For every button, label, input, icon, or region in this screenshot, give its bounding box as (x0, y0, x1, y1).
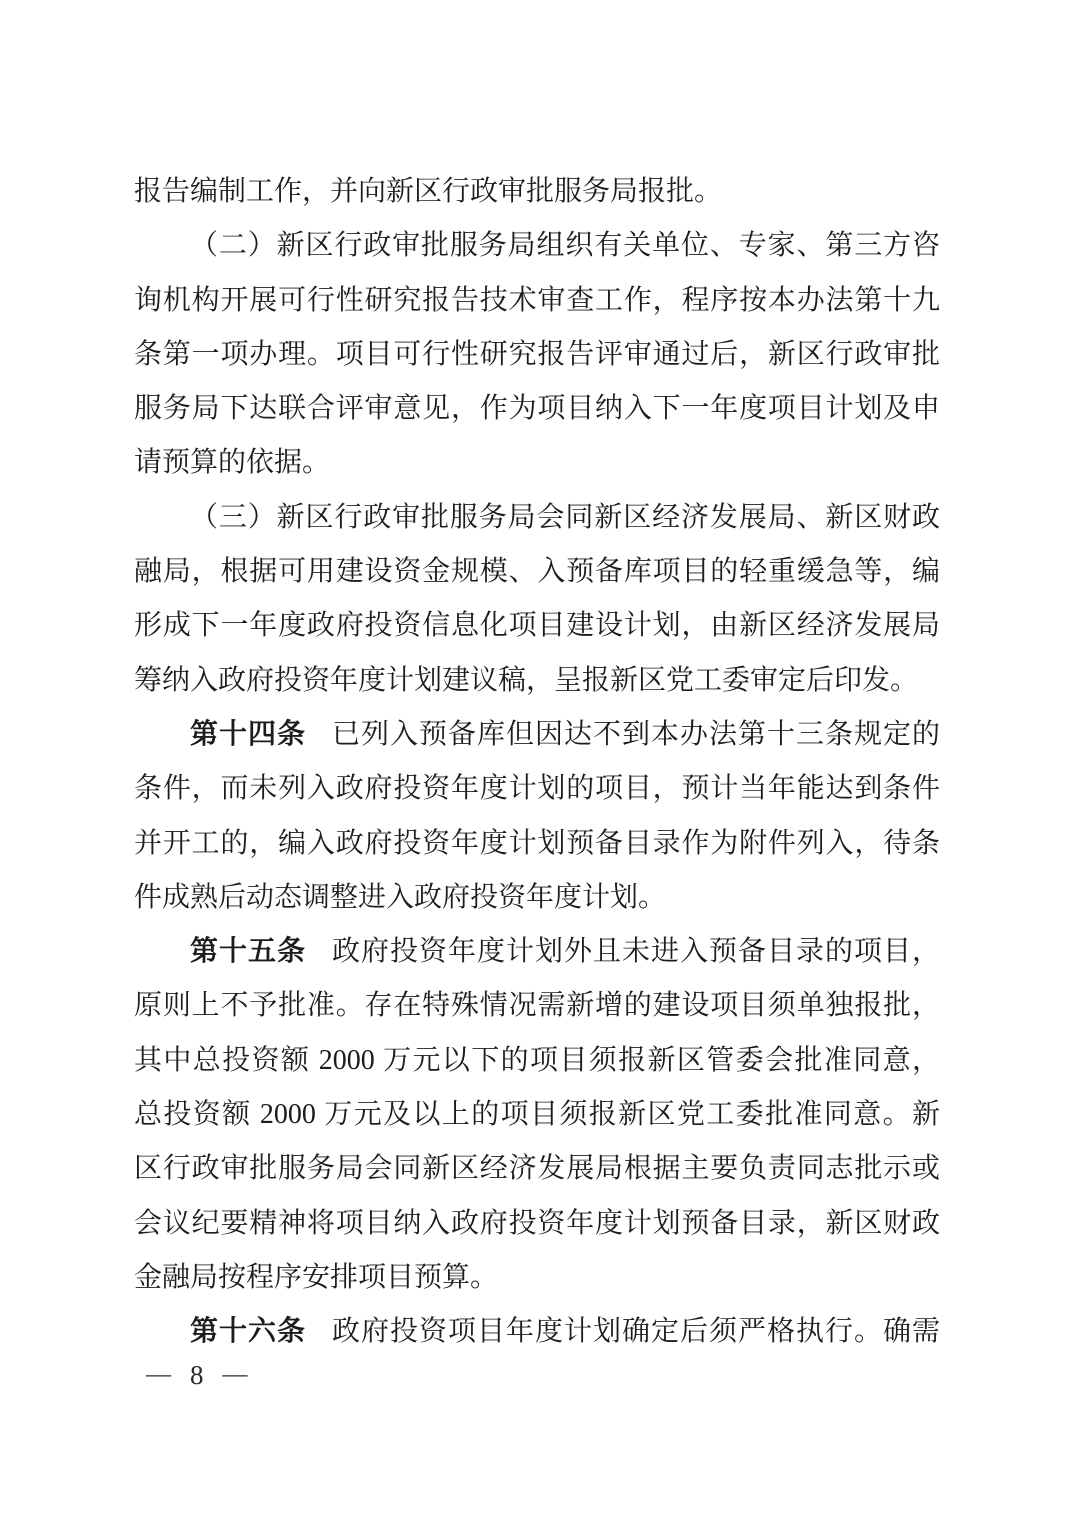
document-line: 总投资额 2000 万元及以上的项目须报新区党工委批准同意。新 (134, 1088, 940, 1142)
footer-dash-left: — (146, 1361, 171, 1389)
footer-dash-right: — (223, 1361, 248, 1389)
line-text: 服务局下达联合评审意见，作为项目纳入下一年度项目计划及申 (134, 393, 940, 424)
document-line: （三）新区行政审批服务局会同新区经济发展局、新区财政金 (134, 491, 940, 545)
document-line: 其中总投资额 2000 万元以下的项目须报新区管委会批准同意， (134, 1034, 940, 1088)
document-line: 形成下一年度政府投资信息化项目建设计划，由新区经济发展局统 (134, 599, 940, 653)
document-line: 第十四条已列入预备库但因达不到本办法第十三条规定的 (134, 708, 940, 762)
line-text: 条件，而未列入政府投资年度计划的项目，预计当年能达到条件 (134, 773, 940, 804)
document-line: 件成熟后动态调整进入政府投资年度计划。 (134, 871, 940, 925)
page-footer: — 8 — (146, 1360, 248, 1390)
line-text: 会议纪要精神将项目纳入政府投资年度计划预备目录，新区财政 (134, 1208, 940, 1239)
article-heading: 第十五条 (190, 936, 306, 967)
document-line: 请预算的依据。 (134, 436, 940, 490)
document-line: 第十五条政府投资年度计划外且未进入预备目录的项目， (134, 925, 940, 979)
line-text: 并开工的，编入政府投资年度计划预备目录作为附件列入，待条 (134, 828, 940, 859)
document-line: 询机构开展可行性研究报告技术审查工作，程序按本办法第十九 (134, 274, 940, 328)
line-text: 报告编制工作，并向新区行政审批服务局报批。 (134, 176, 722, 207)
document-body: 报告编制工作，并向新区行政审批服务局报批。 （二）新区行政审批服务局组织有关单位… (134, 165, 940, 1360)
line-text: 件成熟后动态调整进入政府投资年度计划。 (134, 882, 666, 913)
document-line: 融局，根据可用建设资金规模、入预备库项目的轻重缓急等，编制 (134, 545, 940, 599)
line-text: 其中总投资额 2000 万元以下的项目须报新区管委会批准同意， (134, 1045, 940, 1076)
document-page: 报告编制工作，并向新区行政审批服务局报批。 （二）新区行政审批服务局组织有关单位… (0, 0, 1074, 1520)
document-line: 条件，而未列入政府投资年度计划的项目，预计当年能达到条件 (134, 762, 940, 816)
article-heading: 第十六条 (190, 1316, 306, 1347)
document-line: 金融局按程序安排项目预算。 (134, 1251, 940, 1305)
line-text: 请预算的依据。 (134, 447, 330, 478)
line-text: 条第一项办理。项目可行性研究报告评审通过后，新区行政审批 (134, 339, 940, 370)
line-text: 形成下一年度政府投资信息化项目建设计划，由新区经济发展局统 (134, 610, 940, 653)
document-line: 原则上不予批准。存在特殊情况需新增的建设项目须单独报批， (134, 979, 940, 1033)
line-text: 筹纳入政府投资年度计划建议稿，呈报新区党工委审定后印发。 (134, 665, 918, 696)
line-text: 区行政审批服务局会同新区经济发展局根据主要负责同志批示或 (134, 1153, 940, 1184)
line-text: 已列入预备库但因达不到本办法第十三条规定的 (332, 719, 940, 750)
line-text: 原则上不予批准。存在特殊情况需新增的建设项目须单独报批， (134, 990, 940, 1021)
document-line: 条第一项办理。项目可行性研究报告评审通过后，新区行政审批 (134, 328, 940, 382)
page-number: 8 (190, 1360, 204, 1391)
document-line: 报告编制工作，并向新区行政审批服务局报批。 (134, 165, 940, 219)
document-line: 会议纪要精神将项目纳入政府投资年度计划预备目录，新区财政 (134, 1197, 940, 1251)
article-heading: 第十四条 (190, 719, 306, 750)
document-line: 第十六条政府投资项目年度计划确定后须严格执行。确需 (134, 1305, 940, 1359)
line-text: 金融局按程序安排项目预算。 (134, 1262, 498, 1293)
line-text: 政府投资项目年度计划确定后须严格执行。确需 (332, 1316, 940, 1347)
line-text: （三）新区行政审批服务局会同新区经济发展局、新区财政金 (134, 502, 940, 545)
line-text: （二）新区行政审批服务局组织有关单位、专家、第三方咨 (190, 230, 940, 261)
document-line: 服务局下达联合评审意见，作为项目纳入下一年度项目计划及申 (134, 382, 940, 436)
document-line: 并开工的，编入政府投资年度计划预备目录作为附件列入，待条 (134, 817, 940, 871)
line-text: 政府投资年度计划外且未进入预备目录的项目， (332, 936, 940, 967)
line-text: 询机构开展可行性研究报告技术审查工作，程序按本办法第十九 (134, 285, 940, 316)
document-line: （二）新区行政审批服务局组织有关单位、专家、第三方咨 (134, 219, 940, 273)
line-text: 总投资额 2000 万元及以上的项目须报新区党工委批准同意。新 (134, 1099, 940, 1130)
line-text: 融局，根据可用建设资金规模、入预备库项目的轻重缓急等，编制 (134, 556, 940, 599)
document-line: 区行政审批服务局会同新区经济发展局根据主要负责同志批示或 (134, 1142, 940, 1196)
document-line: 筹纳入政府投资年度计划建议稿，呈报新区党工委审定后印发。 (134, 654, 940, 708)
